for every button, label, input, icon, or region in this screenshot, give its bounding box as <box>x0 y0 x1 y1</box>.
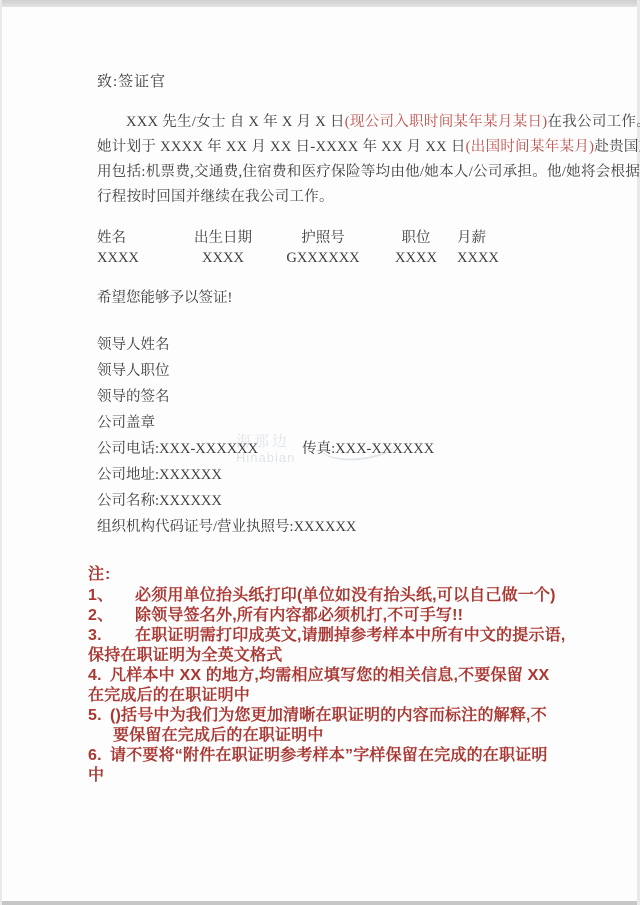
note-item-3: 3.在职证明需打印成英文,请删掉参考样本中所有中文的提示语, <box>88 626 574 646</box>
note-item-3-wrap: 保持在职证明为全英文格式 <box>88 646 574 666</box>
note-item-5-wrap: 要保留在完成后的在职证明中 <box>88 726 574 746</box>
paragraph-text: XXX 先生/女士 自 X 年 X 月 X 日 <box>126 114 345 130</box>
visa-request-line: 希望您能够予以签证! <box>97 288 574 308</box>
note-text: 要保留在完成后的在职证明中 <box>113 727 324 744</box>
note-number: 4. <box>88 666 110 686</box>
col-value-passport: GXXXXXX <box>271 248 375 268</box>
note-item-5: 5.()括号中为我们为您更加清晰在职证明的内容而标注的解释,不 <box>88 706 574 726</box>
col-value-name: XXXX <box>97 248 175 268</box>
scan-edge-top <box>0 0 640 7</box>
note-text: 中 <box>88 767 104 784</box>
scanned-letter-page: 海那边 Hinabian 致:签证官 XXX 先生/女士 自 X 年 X 月 X… <box>0 0 640 905</box>
notes-section: 注: 1、必须用单位抬头纸打印(单位如没有抬头纸,可以自己做一个) 2、除领导签… <box>88 564 574 786</box>
paragraph-text: 赴贵国旅游,所有费 <box>594 139 640 155</box>
note-text: ()括号中为我们为您更加清晰在职证明的内容而标注的解释,不 <box>110 707 547 724</box>
phone-fax-line: 公司电话:XXX-XXXXXX传真:XXX-XXXXXX <box>97 436 574 462</box>
intro-paragraph: XXX 先生/女士 自 X 年 X 月 X 日(现公司入职时间某年某月某日)在我… <box>97 110 574 210</box>
paragraph-line-3: 用包括:机票费,交通费,住宿费和医疗保险等均由他/她本人/公司承担。他/她将会根… <box>97 160 574 185</box>
note-text: 在完成后的在职证明中 <box>88 687 250 704</box>
leader-name-field: 领导人姓名 <box>97 332 574 358</box>
fax-label: 传真: <box>302 441 335 457</box>
address-value: XXXXXX <box>159 467 222 483</box>
note-item-2: 2、除领导签名外,所有内容都必须机打,不可手写!! <box>88 606 574 626</box>
paragraph-red-annotation: (现公司入职时间某年某月某日) <box>345 114 548 130</box>
table-col-position: 职位 XXXX <box>375 228 457 268</box>
paragraph-line-4: 行程按时回国并继续在我公司工作。 <box>97 185 574 210</box>
fax-value: XXX-XXXXXX <box>335 441 434 457</box>
col-header-position: 职位 <box>375 228 457 248</box>
paragraph-text: 在我公司工作。他/ <box>547 114 640 130</box>
notes-title: 注: <box>88 564 574 586</box>
paragraph-text: 行程按时回国并继续在我公司工作。 <box>97 189 334 205</box>
table-col-birthdate: 出生日期 XXXX <box>175 228 271 268</box>
phone-label: 公司电话: <box>97 441 159 457</box>
note-text: 保持在职证明为全英文格式 <box>88 647 282 664</box>
col-value-position: XXXX <box>375 248 457 268</box>
col-header-salary: 月薪 <box>457 228 527 248</box>
license-line: 组织机构代码证号/营业执照号:XXXXXX <box>97 514 574 540</box>
note-item-6-wrap: 中 <box>88 766 574 786</box>
paragraph-red-annotation: (出国时间某年某月) <box>466 139 595 155</box>
salutation: 致:签证官 <box>97 72 574 92</box>
note-text: 必须用单位抬头纸打印(单位如没有抬头纸,可以自己做一个) <box>135 587 556 604</box>
col-header-passport: 护照号 <box>271 228 375 248</box>
paragraph-line-1: XXX 先生/女士 自 X 年 X 月 X 日(现公司入职时间某年某月某日)在我… <box>97 110 574 135</box>
note-number: 2、 <box>88 606 135 626</box>
note-text: 凡样本中 XX 的地方,均需相应填写您的相关信息,不要保留 XX <box>110 667 549 684</box>
company-name-value: XXXXXX <box>159 493 222 509</box>
company-name-label: 公司名称: <box>97 493 159 509</box>
table-col-passport: 护照号 GXXXXXX <box>271 228 375 268</box>
address-label: 公司地址: <box>97 467 159 483</box>
note-text: 请不要将“附件在职证明参考样本”字样保留在完成的在职证明 <box>110 747 548 764</box>
paragraph-text: 她计划于 XXXX 年 XX 月 XX 日-XXXX 年 XX 月 XX 日 <box>97 139 466 155</box>
signature-and-contact-block: 领导人姓名 领导人职位 领导的签名 公司盖章 公司电话:XXX-XXXXXX传真… <box>97 332 574 540</box>
note-text: 除领导签名外,所有内容都必须机打,不可手写!! <box>135 607 463 624</box>
company-seal-field: 公司盖章 <box>97 410 574 436</box>
phone-value: XXX-XXXXXX <box>159 441 258 457</box>
leader-title-field: 领导人职位 <box>97 358 574 384</box>
note-number: 1、 <box>88 586 135 606</box>
table-col-name: 姓名 XXXX <box>97 228 175 268</box>
company-name-line: 公司名称:XXXXXX <box>97 488 574 514</box>
address-line: 公司地址:XXXXXX <box>97 462 574 488</box>
letter-content: 致:签证官 XXX 先生/女士 自 X 年 X 月 X 日(现公司入职时间某年某… <box>88 72 574 786</box>
col-header-birthdate: 出生日期 <box>175 228 271 248</box>
note-item-4-wrap: 在完成后的在职证明中 <box>88 686 574 706</box>
table-col-salary: 月薪 XXXX <box>457 228 527 268</box>
note-item-1: 1、必须用单位抬头纸打印(单位如没有抬头纸,可以自己做一个) <box>88 586 574 606</box>
paragraph-text: 用包括:机票费,交通费,住宿费和医疗保险等均由他/她本人/公司承担。他/她将会根… <box>97 164 640 180</box>
scan-edge-bottom <box>0 901 640 905</box>
note-text: 在职证明需打印成英文,请删掉参考样本中所有中文的提示语, <box>135 627 566 644</box>
col-value-birthdate: XXXX <box>175 248 271 268</box>
license-value: XXXXXX <box>294 519 357 535</box>
note-item-6: 6.请不要将“附件在职证明参考样本”字样保留在完成的在职证明 <box>88 746 574 766</box>
col-header-name: 姓名 <box>97 228 175 248</box>
note-number: 6. <box>88 746 110 766</box>
leader-signature-field: 领导的签名 <box>97 384 574 410</box>
employee-info-table: 姓名 XXXX 出生日期 XXXX 护照号 GXXXXXX 职位 XXXX 月薪… <box>97 228 574 268</box>
paragraph-line-2: 她计划于 XXXX 年 XX 月 XX 日-XXXX 年 XX 月 XX 日(出… <box>97 135 574 160</box>
license-label: 组织机构代码证号/营业执照号: <box>97 519 294 535</box>
scan-edge-left <box>0 0 2 905</box>
note-item-4: 4.凡样本中 XX 的地方,均需相应填写您的相关信息,不要保留 XX <box>88 666 574 686</box>
note-number: 5. <box>88 706 110 726</box>
col-value-salary: XXXX <box>457 248 527 268</box>
note-number: 3. <box>88 626 135 646</box>
